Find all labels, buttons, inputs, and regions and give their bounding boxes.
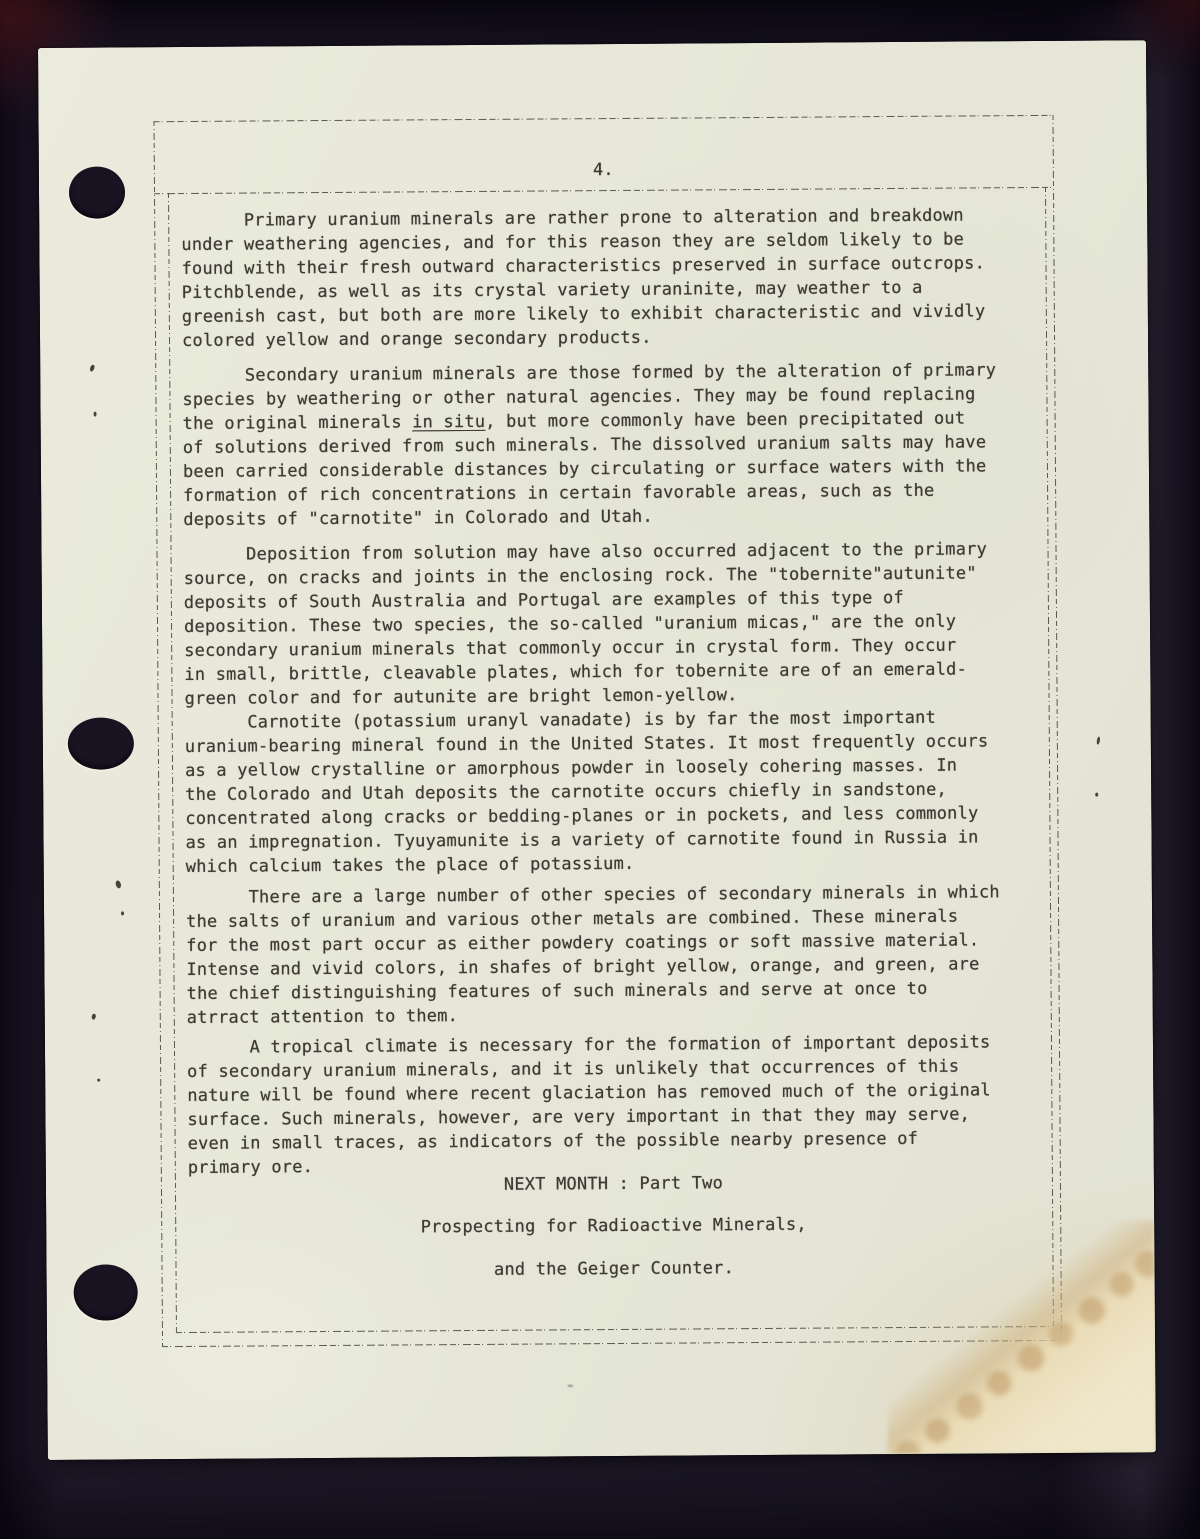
border-top-line — [154, 115, 1053, 122]
underlined-phrase-in-situ: in situ — [412, 412, 485, 433]
border-right-inner-line — [1045, 187, 1054, 1326]
border-left-outer-line — [154, 121, 164, 1346]
binder-background: 4. Primary uranium minerals are rather p… — [0, 0, 1200, 1539]
paragraph-tropical-climate: A tropical climate is necessary for the … — [187, 1030, 1036, 1180]
header-divider-line — [154, 187, 1053, 194]
age-stain — [886, 1220, 1156, 1454]
paragraph-other-species: There are a large number of other specie… — [186, 880, 1035, 1030]
paragraph-secondary-minerals: Secondary uranium minerals are those for… — [182, 358, 1031, 532]
dirt-speck — [115, 880, 122, 889]
border-left-inner-line — [168, 193, 177, 1332]
dirt-speck — [121, 911, 124, 915]
punch-hole-bottom — [73, 1264, 137, 1320]
dirt-speck — [1095, 793, 1098, 797]
dirt-speck — [94, 412, 97, 417]
border-right-outer-line — [1052, 115, 1062, 1340]
punch-hole-middle — [68, 717, 134, 769]
dirt-speck — [97, 1079, 100, 1082]
dirt-speck — [567, 1384, 573, 1387]
document-page: 4. Primary uranium minerals are rather p… — [38, 40, 1156, 1460]
dirt-speck — [89, 364, 95, 372]
punch-hole-top — [69, 166, 125, 218]
page-number: 4. — [154, 157, 1053, 183]
paragraph-primary-minerals: Primary uranium minerals are rather pron… — [181, 203, 1030, 353]
dirt-speck — [91, 1013, 96, 1020]
dirt-speck — [1096, 736, 1100, 744]
paragraph-deposition: Deposition from solution may have also o… — [183, 537, 1032, 711]
paragraph-carnotite: Carnotite (potassium uranyl vanadate) is… — [185, 705, 1034, 879]
